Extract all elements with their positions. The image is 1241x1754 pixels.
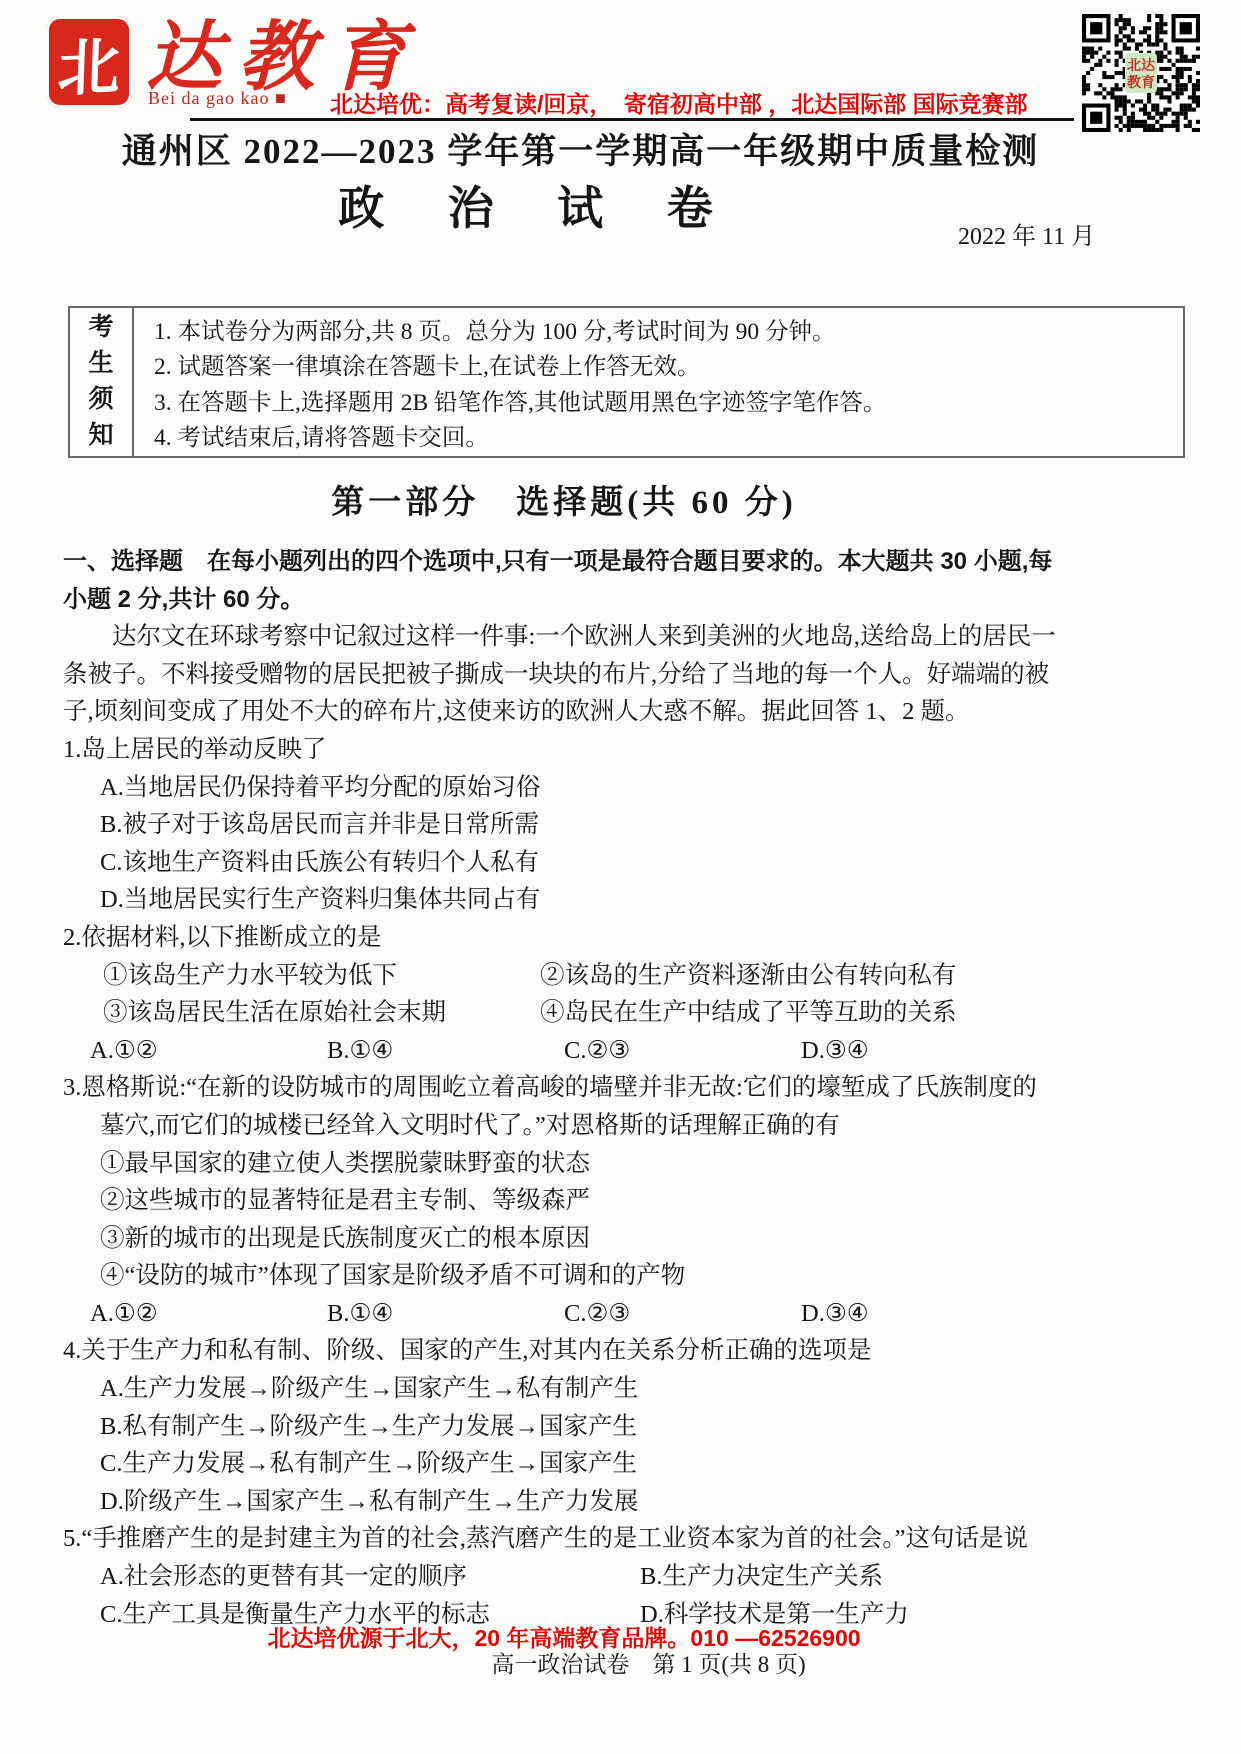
question-3-answer: D.③④ <box>801 1295 1038 1333</box>
brand-tagline: 北达培优：高考复读/回京， 寄宿初高中部 ，北达国际部 国际竞赛部 <box>330 86 1028 119</box>
question-3-answer: B.①④ <box>327 1295 564 1333</box>
notice-label-char: 须 <box>88 382 113 418</box>
beida-seal-logo: 北 <box>46 16 132 108</box>
question-3-answer: A.①② <box>90 1295 327 1333</box>
question-1-option: C.该地生产资料由氏族公有转归个人私有 <box>63 844 1185 882</box>
question-2-subitem: ①该岛生产力水平较为低下 <box>103 957 540 995</box>
question-3-subitem: ②这些城市的显著特征是君主专制、等级森严 <box>63 1182 1185 1220</box>
candidate-notice-box: 考 生 须 知 1. 本试卷分为两部分,共 8 页。总分为 100 分,考试时间… <box>68 306 1185 458</box>
question-5-options-row: A.社会形态的更替有其一定的顺序 B.生产力决定生产关系 <box>63 1558 1185 1596</box>
passage-line: 达尔文在环球考察中记叙过这样一件事:一个欧洲人来到美洲的火地岛,送给岛上的居民一 <box>63 618 1185 656</box>
notice-vertical-label: 考 生 须 知 <box>70 308 134 456</box>
question-5-stem: 5.“手推磨产生的是封建主为首的社会,蒸汽磨产生的是工业资本家为首的社会。”这句… <box>63 1520 1185 1558</box>
notice-label-char: 考 <box>88 310 113 346</box>
question-5-option: A.社会形态的更替有其一定的顺序 <box>100 1558 640 1596</box>
notice-label-char: 知 <box>88 418 113 454</box>
question-5-option: B.生产力决定生产关系 <box>640 1558 883 1596</box>
question-1-option: A.当地居民仍保持着平均分配的原始习俗 <box>63 769 1185 807</box>
question-3-stem: 3.恩格斯说:“在新的设防城市的周围屹立着高峻的墙壁并非无故:它们的壕堑成了氏族… <box>63 1069 1185 1107</box>
paper-title: 政 治 试 卷 <box>0 172 1051 238</box>
question-2-stem: 2.依据材料,以下推断成立的是 <box>63 919 1185 957</box>
question-3-subitem: ④“设防的城市”体现了国家是阶级矛盾不可调和的产物 <box>63 1257 1185 1295</box>
notice-item: 4. 考试结束后,请将答题卡交回。 <box>154 418 1175 452</box>
question-2-subitems-row: ①该岛生产力水平较为低下 ②该岛的生产资料逐渐由公有转向私有 <box>63 957 1185 995</box>
exam-date: 2022 年 11 月 <box>958 216 1095 251</box>
question-3-answer: C.②③ <box>564 1295 801 1333</box>
question-1-option: D.当地居民实行生产资料归集体共同占有 <box>63 881 1185 919</box>
question-4-option: C.生产力发展→私有制产生→阶级产生→国家产生 <box>63 1445 1185 1483</box>
question-2-answer: D.③④ <box>801 1032 1038 1070</box>
exam-body: 第一部分 选择题(共 60 分) 一、选择题 在每小题列出的四个选项中,只有一项… <box>63 470 1185 1633</box>
question-2-subitem: ③该岛居民生活在原始社会末期 <box>103 994 540 1032</box>
question-3-subitem: ①最早国家的建立使人类摆脱蒙昧野蛮的状态 <box>63 1145 1185 1183</box>
seal-character: 北 <box>56 16 121 107</box>
brand-romanization: Bei da gao kao ■ <box>148 88 287 109</box>
section-intro-line: 小题 2 分,共计 60 分。 <box>63 581 1185 619</box>
question-1-stem: 1.岛上居民的举动反映了 <box>63 731 1185 769</box>
notice-label-char: 生 <box>88 346 113 382</box>
question-4-option: D.阶级产生→国家产生→私有制产生→生产力发展 <box>63 1483 1185 1521</box>
question-3-stem-continued: 墓穴,而它们的城楼已经耸入文明时代了。”对恩格斯的话理解正确的有 <box>63 1107 1185 1145</box>
question-2-subitem: ④岛民在生产中结成了平等互助的关系 <box>540 994 957 1032</box>
exam-title: 通州区 2022—2023 学年第一学期高一年级期中质量检测 <box>0 124 1161 174</box>
question-2-answer: C.②③ <box>564 1032 801 1070</box>
footer-page-number: 高一政治试卷 第 1 页(共 8 页) <box>56 1646 1241 1679</box>
question-2-answer: B.①④ <box>327 1032 564 1070</box>
question-4-option: B.私有制产生→阶级产生→生产力发展→国家产生 <box>63 1408 1185 1446</box>
question-4-stem: 4.关于生产力和私有制、阶级、国家的产生,对其内在关系分析正确的选项是 <box>63 1332 1185 1370</box>
notice-item: 1. 本试卷分为两部分,共 8 页。总分为 100 分,考试时间为 90 分钟。 <box>154 312 1175 346</box>
question-2-subitems-row: ③该岛居民生活在原始社会末期 ④岛民在生产中结成了平等互助的关系 <box>63 994 1185 1032</box>
notice-item: 2. 试题答案一律填涂在答题卡上,在试卷上作答无效。 <box>154 347 1175 381</box>
passage-line: 条被子。不料接受赠物的居民把被子撕成一块块的布片,分给了当地的每一个人。好端端的… <box>63 656 1185 694</box>
section-intro-line: 一、选择题 在每小题列出的四个选项中,只有一项是最符合题目要求的。本大题共 30… <box>63 543 1185 581</box>
passage-line: 子,顷刻间变成了用处不大的碎布片,这使来访的欧洲人大惑不解。据此回答 1、2 题… <box>63 693 1185 731</box>
part1-heading: 第一部分 选择题(共 60 分) <box>63 482 1065 525</box>
question-1-option: B.被子对于该岛居民而言并非是日常所需 <box>63 806 1185 844</box>
question-3-subitem: ③新的城市的出现是氏族制度灭亡的根本原因 <box>63 1220 1185 1258</box>
notice-item: 3. 在答题卡上,选择题用 2B 铅笔作答,其他试题用黑色字迹签字笔作答。 <box>154 383 1175 417</box>
question-2-answer: A.①② <box>90 1032 327 1070</box>
qr-code-icon: 北达教育 <box>1082 14 1200 132</box>
svg-text:北达: 北达 <box>1127 57 1155 74</box>
question-3-answer-row: A.①② B.①④ C.②③ D.③④ <box>63 1295 1185 1333</box>
exam-paper-page: 北 达教育 Bei da gao kao ■ 北达培优：高考复读/回京， 寄宿初… <box>0 0 1241 1754</box>
question-2-subitem: ②该岛的生产资料逐渐由公有转向私有 <box>540 957 957 995</box>
notice-items: 1. 本试卷分为两部分,共 8 页。总分为 100 分,考试时间为 90 分钟。… <box>134 308 1183 456</box>
question-4-option: A.生产力发展→阶级产生→国家产生→私有制产生 <box>63 1370 1185 1408</box>
header-divider-line <box>190 118 1074 121</box>
svg-text:教育: 教育 <box>1126 74 1155 91</box>
question-2-answer-row: A.①② B.①④ C.②③ D.③④ <box>63 1032 1185 1070</box>
